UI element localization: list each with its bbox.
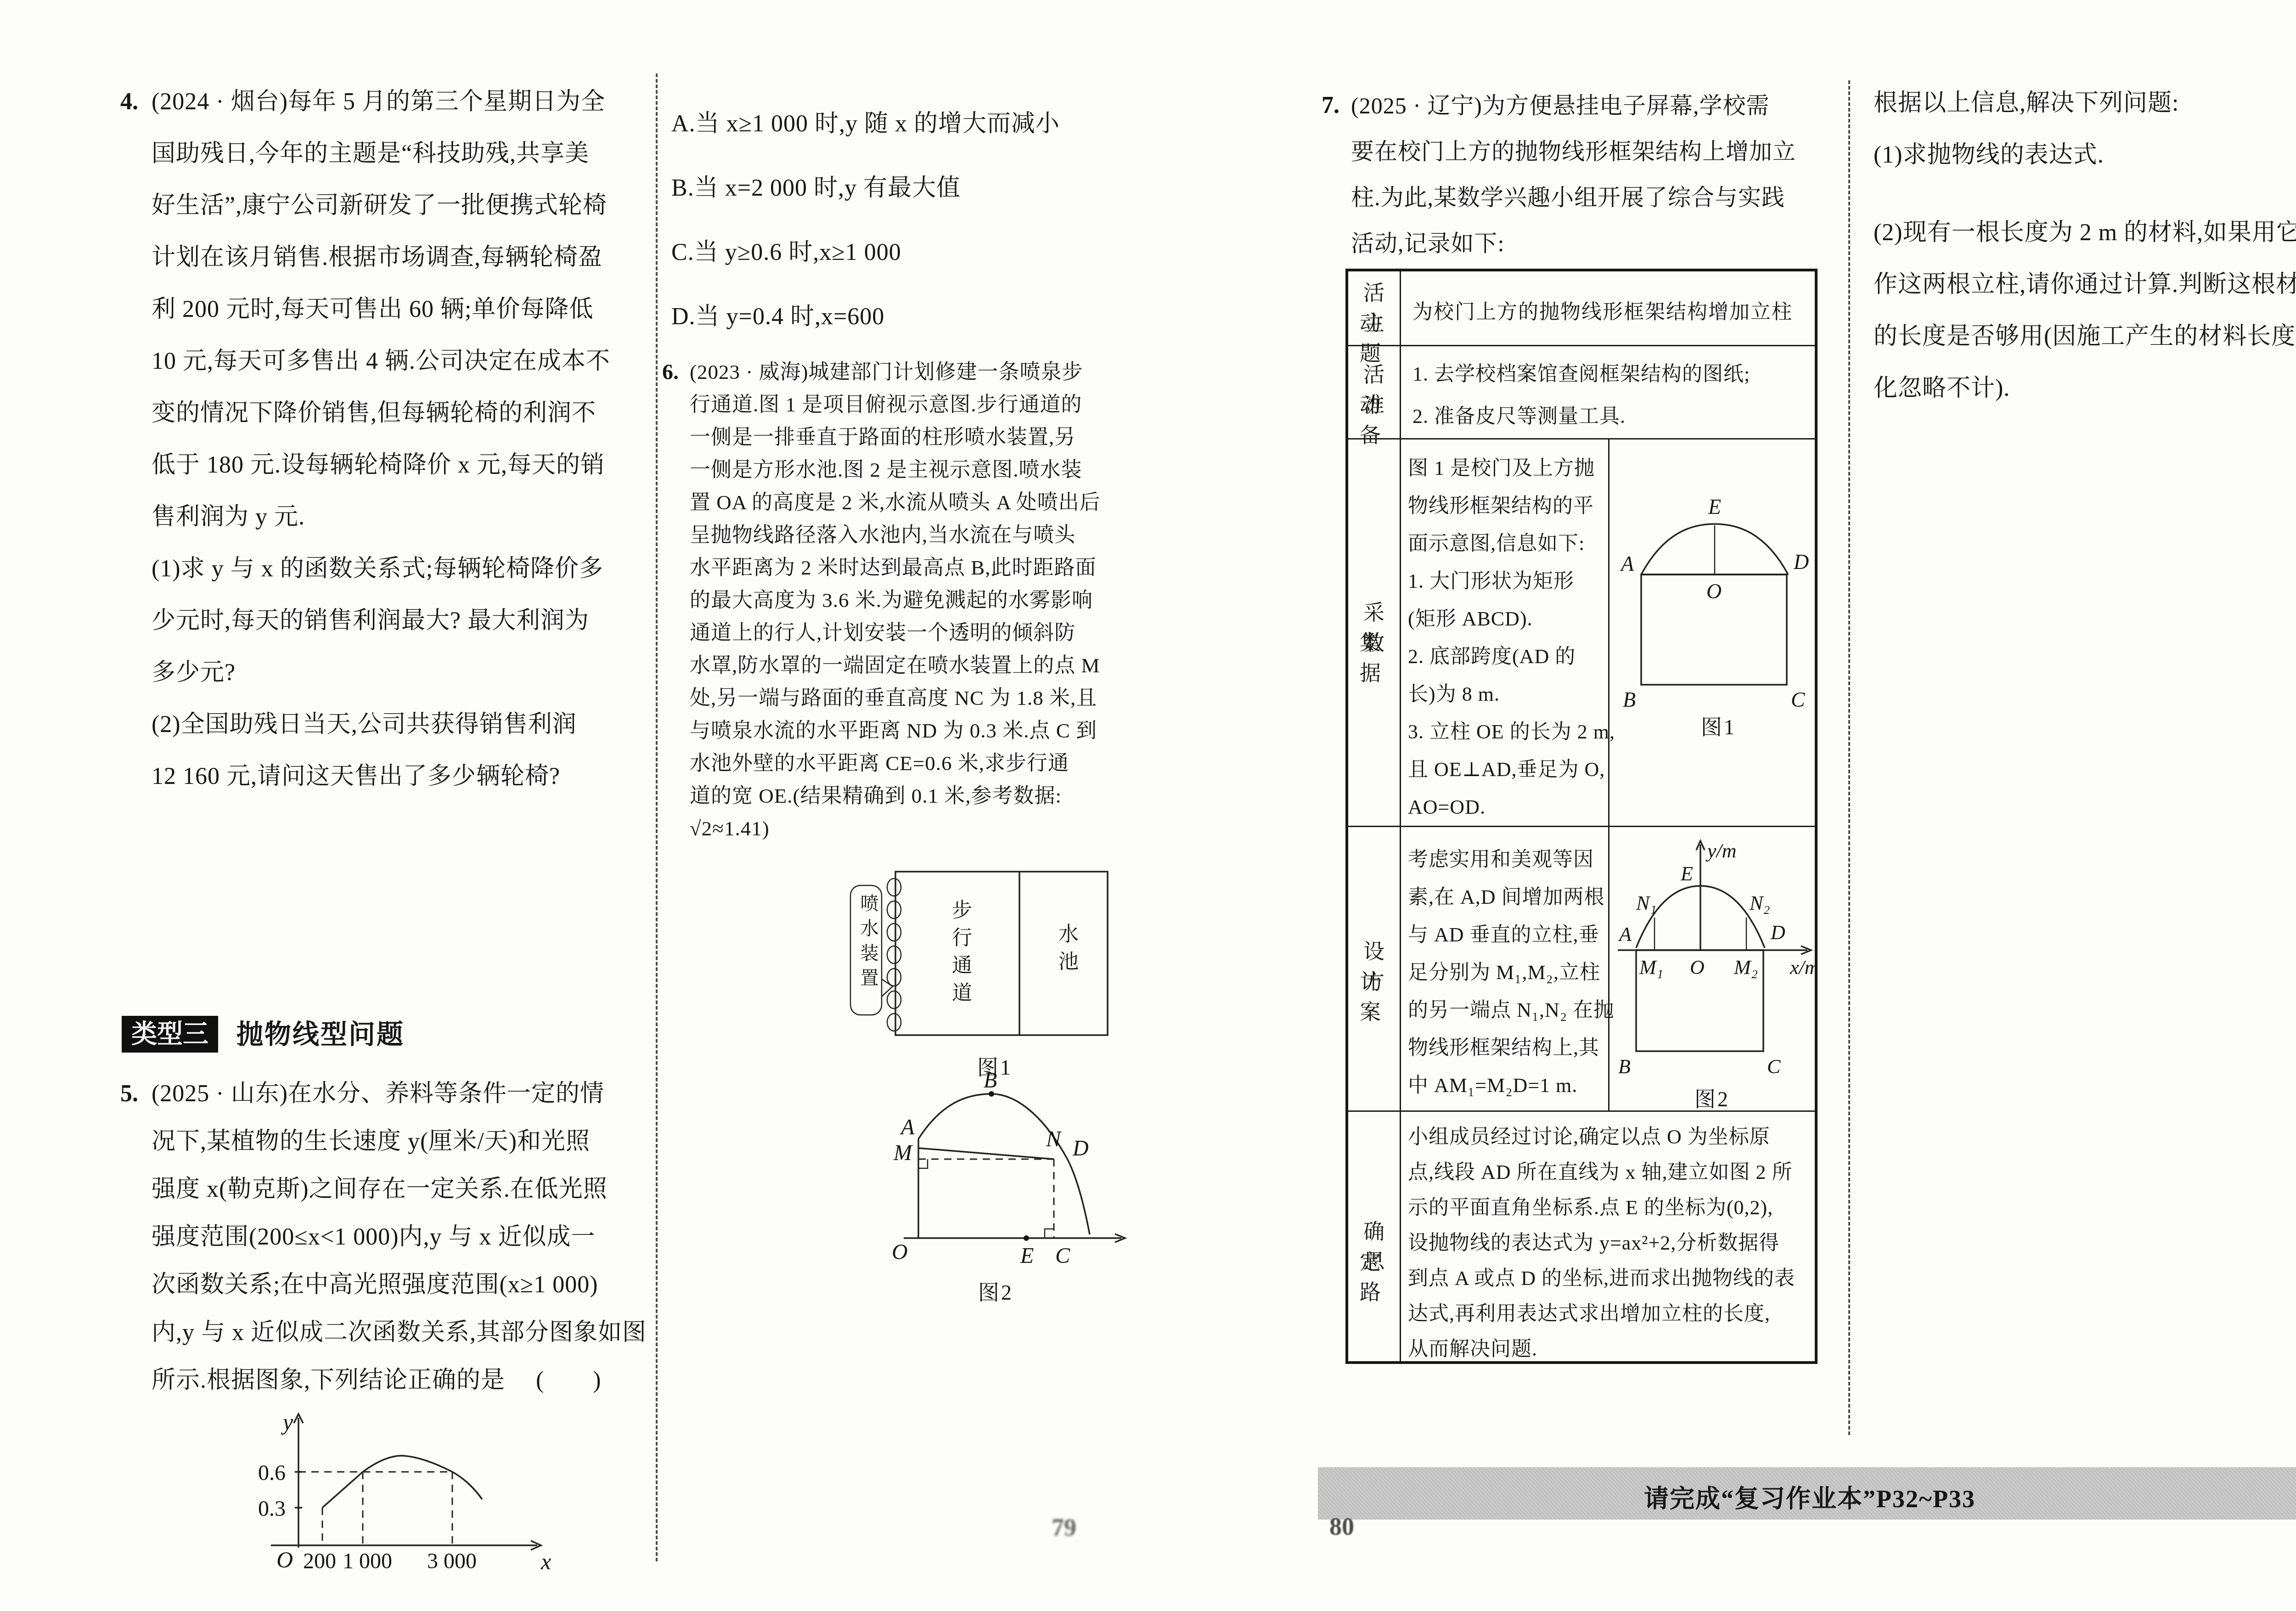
text-line: B.当 x=2 000 时,y 有最大值 (671, 156, 1140, 220)
text-line: (2025 · 辽宁)为方便悬挂电子屏幕,学校需 (1351, 83, 1842, 129)
page-number-left: 79 (1052, 1513, 1076, 1542)
problem5-graph: y x O 0.6 0.3 200 1 000 3 000 (243, 1408, 565, 1577)
problem7-figure2: y/m E N₁ N₂ A D M₁ O M₂ x/m B C 图2 (1611, 831, 1818, 1109)
problem7-text: (2025 · 辽宁)为方便悬挂电子屏幕,学校需要在校门上方的抛物线形框架结构上… (1351, 83, 1842, 266)
text-line: (1)求抛物线的表达式. (1874, 129, 2296, 181)
text-line: 物线形框架结构上,其 (1408, 1029, 1605, 1067)
text-line: 少元时,每天的销售利润最大? 最大利润为 (152, 595, 652, 647)
text-line: 设抛物线的表达式为 y=ax²+2,分析数据得 (1408, 1225, 1812, 1261)
text-line: 水池外壁的水平距离 CE=0.6 米,求步行通 (690, 747, 1144, 780)
text-line: 1. 大门形状为矩形 (1408, 563, 1605, 600)
y-axis-label: y (281, 1409, 293, 1435)
text-line: 示的平面直角坐标系.点 E 的坐标为(0,2), (1408, 1190, 1812, 1225)
text-line: 点,线段 AD 所在直线为 x 轴,建立如图 2 所 (1408, 1155, 1812, 1190)
text-line: 从而解决问题. (1408, 1331, 1812, 1367)
problem6-text: (2023 · 威海)城建部门计划修建一条喷泉步行通道.图 1 是项目俯视示意图… (690, 356, 1144, 845)
text-line: 好生活”,康宁公司新研发了一批便携式轮椅 (152, 180, 652, 231)
scanned-workbook-spread: 4. (2024 · 烟台)每年 5 月的第三个星期日为全国助残日,今年的主题是… (0, 0, 2296, 1611)
text-line: 一侧是方形水池.图 2 是主视示意图.喷水装 (690, 454, 1144, 486)
label-O: O (1690, 956, 1705, 979)
label-C: C (1767, 1055, 1781, 1078)
text-line: AO=OD. (1408, 789, 1605, 826)
text-line: (矩形 ABCD). (1408, 600, 1605, 638)
row1-text: 为校门上方的抛物线形框架结构增加立柱 (1412, 295, 1793, 325)
text-line: 考虑实用和美观等因 (1408, 841, 1605, 879)
label-B: B (1623, 688, 1636, 711)
walkway-topview-figure (845, 863, 1130, 1075)
label-B: B (984, 1070, 997, 1093)
text-line: 长)为 8 m. (1408, 676, 1605, 713)
table-rule-4 (1348, 1110, 1815, 1112)
text-line: 道的宽 OE.(结果精确到 0.1 米,参考数据: (690, 780, 1144, 812)
label-B: B (1618, 1055, 1631, 1078)
right-page-column-divider (1848, 80, 1850, 1435)
text-line: 小组成员经过讨论,确定以点 O 为坐标原 (1408, 1119, 1812, 1155)
text-line: 1. 去学校档案馆查阅框架结构的图纸; (1412, 353, 1812, 395)
text-line: 物线形框架结构的平 (1408, 487, 1605, 525)
label-E: E (1680, 862, 1693, 885)
gate-arch-figure: E A D O B C (1614, 455, 1816, 731)
text-line: 利 200 元时,每天可售出 60 辆;单价每降低 (152, 283, 652, 335)
text-line: (2)现有一根长度为 2 m 的材料,如果用它制 (1874, 207, 2296, 259)
text-line: 足分别为 M₁,M₂,立柱 (1408, 954, 1605, 991)
text-line: 面示意图,信息如下: (1408, 525, 1605, 563)
text-line: (2)全国助残日当天,公司共获得销售利润 (152, 698, 652, 750)
label-N2: N₂ (1749, 892, 1770, 914)
text-line: 12 160 元,请问这天售出了多少辆轮椅? (152, 750, 652, 802)
text-line: √2≈1.41) (690, 812, 1144, 845)
xtick-1000: 1 000 (343, 1549, 392, 1573)
problem5-number: 5. (120, 1070, 138, 1118)
section-badge: 类型三 (122, 1016, 218, 1053)
table-figure-divider-row3 (1608, 438, 1609, 826)
text-line: 低于 180 元.设每辆轮椅降价 x 元,每天的销 (152, 439, 652, 491)
text-line: (1)求 y 与 x 的函数关系式;每辆轮椅降价多 (152, 543, 652, 595)
text-line: 图 1 是校门及上方抛 (1408, 450, 1605, 487)
ytick-03: 0.3 (258, 1497, 286, 1521)
text-line: 与 AD 垂直的立柱,垂 (1408, 916, 1605, 954)
text-line: 到点 A 或点 D 的坐标,进而求出抛物线的表 (1408, 1261, 1812, 1296)
text-line: 活动,记录如下: (1351, 220, 1842, 266)
table-rule-1 (1348, 345, 1815, 346)
text-line: 柱.为此,某数学兴趣小组开展了综合与实践 (1351, 175, 1842, 220)
left-page-column-divider (656, 73, 658, 1561)
text-line: 且 OE⊥AD,垂足为 O, (1408, 751, 1605, 789)
problem6-figure1: 喷水装置 步行通道 水池 图1 (845, 863, 1130, 1075)
text-line: (2024 · 烟台)每年 5 月的第三个星期日为全 (152, 76, 652, 128)
problem7-number: 7. (1322, 83, 1339, 129)
text-line: 售利润为 y 元. (152, 491, 652, 543)
section-title: 抛物线型问题 (236, 1019, 405, 1051)
text-line: 2. 底部跨度(AD 的 (1408, 638, 1605, 676)
table-rule-2 (1348, 438, 1815, 439)
text-line: 水平距离为 2 米时达到最高点 B,此时距路面 (690, 552, 1144, 584)
section-badge-label: 类型三 (131, 1020, 208, 1048)
text-line: 的长度是否够用(因施工产生的材料长度变 (1874, 310, 2296, 362)
text-line: 强度范围(200≤x<1 000)内,y 与 x 近似成一 (152, 1213, 652, 1261)
text-line: 根据以上信息,解决下列问题: (1874, 77, 2296, 129)
row5-text: 小组成员经过讨论,确定以点 O 为坐标原点,线段 AD 所在直线为 x 轴,建立… (1408, 1119, 1812, 1367)
ytick-06: 0.6 (258, 1461, 286, 1485)
page-number-right: 80 (1329, 1512, 1354, 1541)
text-line: 与喷泉水流的水平距离 ND 为 0.3 米.点 C 到 (690, 715, 1144, 747)
problem5-text: (2025 · 山东)在水分、养料等条件一定的情况下,某植物的生长速度 y(厘米… (152, 1070, 652, 1404)
row5-header-b: 思路 (1348, 1247, 1400, 1307)
row3-header-b: 数据 (1348, 628, 1400, 688)
text-line: 计划在该月销售.根据市场调查,每辆轮椅盈 (152, 231, 652, 283)
label-M1: M₁ (1639, 956, 1663, 979)
label-O: O (892, 1240, 908, 1264)
text-line: 处,另一端与路面的垂直高度 NC 为 1.8 米,且 (690, 682, 1144, 715)
text-line: 呈抛物线路径落入水池内,当水流在与喷头 (690, 519, 1144, 552)
label-D: D (1793, 550, 1809, 574)
text-line: 作这两根立柱,请你通过计算.判断这根材料 (1874, 259, 2296, 310)
problem7-figure1: E A D O B C 图1 (1614, 455, 1816, 731)
right-page: 7. (2025 · 辽宁)为方便悬挂电子屏幕,学校需要在校门上方的抛物线形框架… (1313, 64, 2296, 1594)
spray-device-callout: 喷水装置 (855, 894, 881, 993)
figure2-caption: 图2 (978, 1276, 1013, 1306)
walkway-label: 步行通道 (945, 899, 974, 1009)
label-A: A (900, 1115, 915, 1139)
activity-table: 活动 主题 活动 准备 采集 数据 设计 方案 确定 思路 为校门上方的抛物线形… (1345, 269, 1818, 1364)
label-E: E (1708, 495, 1721, 518)
footer-note: 请完成“复习作业本”P32~P33 (1644, 1479, 1975, 1515)
label-C: C (1055, 1244, 1070, 1268)
text-line: 10 元,每天可多售出 4 辆.公司决定在成本不 (152, 335, 652, 387)
row2-header-b: 准备 (1348, 390, 1400, 451)
row2-text: 1. 去学校档案馆查阅框架结构的图纸;2. 准备皮尺等测量工具. (1412, 353, 1812, 438)
text-line: 通道上的行人,计划安装一个透明的倾斜防 (690, 617, 1144, 649)
label-E: E (1020, 1244, 1034, 1268)
table-figure-divider-row4 (1608, 826, 1609, 1110)
text-line: 置 OA 的高度是 2 米,水流从喷头 A 处喷出后 (690, 486, 1144, 519)
label-yaxis: y/m (1705, 839, 1737, 862)
label-xaxis: x/m (1790, 956, 1818, 979)
xtick-3000: 3 000 (427, 1549, 477, 1573)
text-line: 要在校门上方的抛物线形框架结构上增加立 (1351, 129, 1842, 175)
label-N: N (1046, 1127, 1062, 1151)
row4-text: 考虑实用和美观等因素,在 A,D 间增加两根与 AD 垂直的立柱,垂足分别为 M… (1408, 841, 1605, 1104)
pool-label: 水池 (1052, 923, 1081, 978)
text-line: 2. 准备皮尺等测量工具. (1412, 395, 1812, 438)
table-header-divider (1400, 271, 1401, 1361)
problem7-questions: 根据以上信息,解决下列问题:(1)求抛物线的表达式.(2)现有一根长度为 2 m… (1874, 77, 2296, 414)
xtick-200: 200 (303, 1549, 336, 1573)
text-line: 水罩,防水罩的一端固定在喷水装置上的点 M (690, 649, 1144, 682)
text-line: 多少元? (152, 647, 652, 698)
row4-header-b: 方案 (1348, 967, 1400, 1027)
text-line: (2023 · 威海)城建部门计划修建一条喷泉步 (690, 356, 1144, 389)
label-C: C (1791, 688, 1806, 711)
problem6-figure2: B A M N D O E C 图2 (850, 1070, 1143, 1300)
text-line: 变的情况下降价销售,但每辆轮椅的利润不 (152, 387, 652, 439)
origin-label: O (276, 1547, 293, 1572)
text-line: 所示.根据图象,下列结论正确的是 ( ) (152, 1357, 652, 1404)
text-line: 国助残日,今年的主题是“科技助残,共享美 (152, 128, 652, 180)
label-O: O (1706, 580, 1722, 603)
label-A: A (1620, 552, 1634, 575)
figure2-caption: 图2 (1694, 1082, 1730, 1113)
fountain-parabola-figure: B A M N D O E C (850, 1070, 1143, 1300)
text-line: 素,在 A,D 间增加两根 (1408, 879, 1605, 916)
problem4-number: 4. (120, 76, 138, 128)
text-line: 行通道.图 1 是项目俯视示意图.步行通道的 (690, 389, 1144, 421)
label-D: D (1770, 921, 1785, 944)
text-line: 一侧是一排垂直于路面的柱形喷水装置,另 (690, 421, 1144, 454)
left-page: 4. (2024 · 烟台)每年 5 月的第三个星期日为全国助残日,今年的主题是… (41, 64, 1153, 1580)
label-N1: N₁ (1636, 892, 1657, 914)
footer-band: 请完成“复习作业本”P32~P33 (1318, 1467, 2296, 1520)
text-line: D.当 y=0.4 时,x=600 (671, 285, 1140, 349)
text-line: 3. 立柱 OE 的长为 2 m, (1408, 713, 1605, 751)
text-line: 化忽略不计). (1874, 362, 2296, 414)
label-D: D (1072, 1136, 1089, 1160)
label-M: M (893, 1141, 913, 1165)
text-line: 次函数关系;在中高光照强度范围(x≥1 000) (152, 1261, 652, 1309)
text-line: 的最大高度为 3.6 米.为避免溅起的水雾影响 (690, 584, 1144, 617)
text-line: 的另一端点 N₁,N₂ 在抛 (1408, 991, 1605, 1029)
text-line: 强度 x(勒克斯)之间存在一定关系.在低光照 (152, 1166, 652, 1213)
x-axis-label: x (540, 1549, 551, 1574)
label-A: A (1618, 923, 1632, 946)
text-line: 内,y 与 x 近似成二次函数关系,其部分图象如图 (152, 1309, 652, 1357)
text-line: 达式,再利用表达式求出增加立柱的长度, (1408, 1296, 1812, 1331)
problem4-text: (2024 · 烟台)每年 5 月的第三个星期日为全国助残日,今年的主题是“科技… (152, 76, 652, 802)
text-line: A.当 x≥1 000 时,y 随 x 的增大而减小 (671, 92, 1140, 156)
growth-vs-light-chart: y x O 0.6 0.3 200 1 000 3 000 (243, 1408, 565, 1577)
problem5-options: A.当 x≥1 000 时,y 随 x 的增大而减小B.当 x=2 000 时,… (671, 92, 1140, 349)
problem6-number: 6. (662, 356, 679, 389)
gate-coordinate-figure: y/m E N₁ N₂ A D M₁ O M₂ x/m B C (1611, 831, 1818, 1109)
text-line: 况下,某植物的生长速度 y(厘米/天)和光照 (152, 1118, 652, 1166)
label-M2: M₂ (1733, 956, 1758, 979)
row3-text: 图 1 是校门及上方抛物线形框架结构的平面示意图,信息如下:1. 大门形状为矩形… (1408, 450, 1605, 826)
text-line: 中 AM₁=M₂D=1 m. (1408, 1067, 1605, 1104)
figure1-caption: 图1 (1701, 710, 1736, 741)
text-line: C.当 y≥0.6 时,x≥1 000 (671, 220, 1140, 285)
text-line: (2025 · 山东)在水分、养料等条件一定的情 (152, 1070, 652, 1118)
